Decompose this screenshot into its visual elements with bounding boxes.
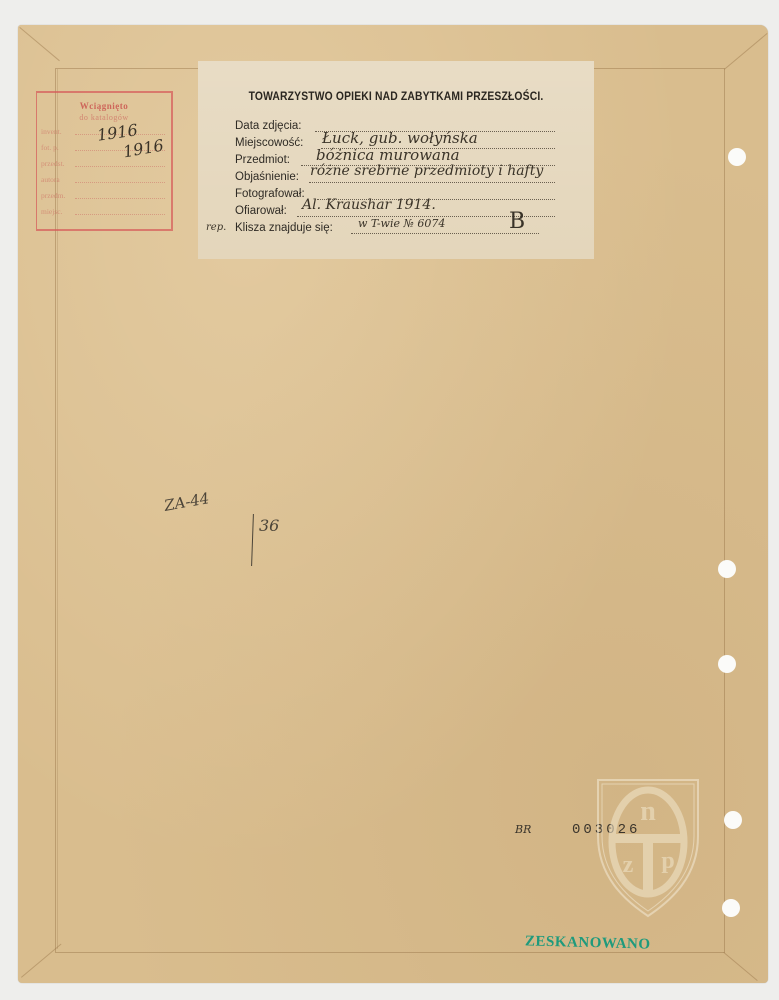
rep-annotation: rep.	[206, 222, 226, 233]
svg-text:p: p	[661, 848, 674, 874]
corner-fold-bottom-left	[21, 944, 61, 978]
catalog-stamp: Wciągnięto do katalogów invent. fot. p. …	[36, 91, 173, 231]
scanned-stamp: ZESKANOWANO	[525, 933, 651, 953]
field-donor: Ofiarował:	[235, 205, 287, 221]
stamp-row: przedst.	[41, 159, 165, 169]
donor-value: Al. Kraushar 1914.	[302, 197, 436, 213]
punch-hole	[718, 560, 736, 578]
negative-location-value: w T-wie № 6074	[358, 217, 445, 230]
stamp-title: Wciągnięto	[37, 101, 171, 111]
corner-fold-top-right	[724, 33, 768, 70]
corner-fold-bottom-right	[723, 952, 757, 981]
field-location: Miejscowość:	[235, 137, 303, 153]
description-value: różne srebrne przedmioty i hafty	[310, 163, 543, 179]
punch-hole	[728, 148, 746, 166]
field-description: Objaśnienie:	[235, 171, 299, 187]
serial-prefix: BR	[515, 823, 531, 836]
punch-hole	[718, 655, 736, 673]
stamp-row: przedm.	[41, 191, 165, 201]
society-label-card: TOWARZYSTWO OPIEKI NAD ZABYTKAMI PRZESZŁ…	[198, 61, 594, 259]
svg-text:n: n	[640, 796, 656, 827]
corner-fold-top-left	[19, 27, 59, 61]
stamp-row: autora	[41, 175, 165, 185]
pencil-number: 36	[259, 516, 279, 535]
field-negative-location: Klisza znajduje się:	[235, 222, 333, 238]
svg-text:z: z	[623, 852, 634, 878]
field-object: Przedmiot:	[235, 154, 290, 170]
field-photo-date: Data zdjęcia:	[235, 120, 301, 136]
negative-letter: B	[509, 209, 525, 234]
location-value: Łuck, gub. wołyńska	[322, 129, 478, 147]
punch-hole	[722, 899, 740, 917]
object-value: bóżnica murowana	[316, 146, 460, 164]
card-title: TOWARZYSTWO OPIEKI NAD ZABYTKAMI PRZESZŁ…	[226, 89, 567, 103]
stamp-subtitle: do katalogów	[37, 113, 171, 122]
field-photographer: Fotografował:	[235, 188, 305, 204]
shield-emblem-watermark-icon: n z p	[592, 776, 704, 918]
stamp-row: miejsc.	[41, 207, 165, 217]
punch-hole	[724, 811, 742, 829]
